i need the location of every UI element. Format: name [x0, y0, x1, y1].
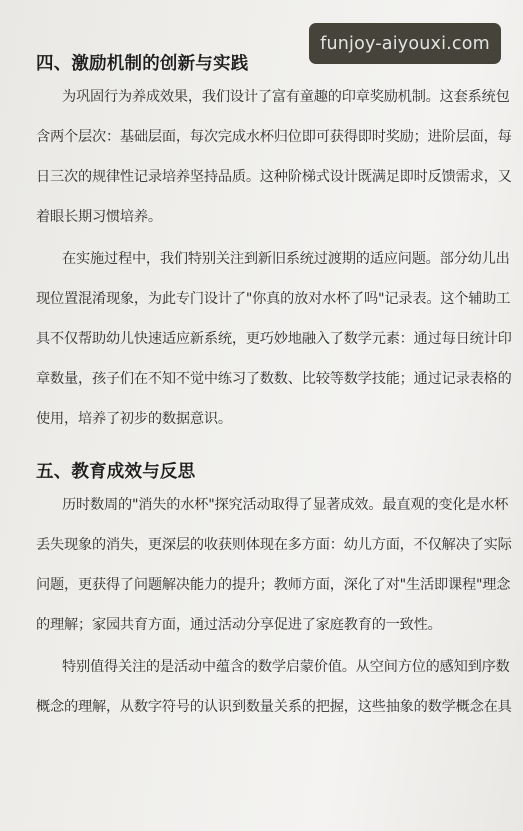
text-line: 具不仅帮助幼儿快速适应新系统，更巧妙地融入了数学元素：通过每日统计印 — [36, 330, 512, 348]
text-line: 日三次的规律性记录培养坚持品质。这种阶梯式设计既满足即时反馈需求，又 — [36, 168, 512, 186]
text-line: 现位置混淆现象，为此专门设计了"你真的放对水杯了吗"记录表。这个辅助工 — [36, 290, 510, 308]
text-line: 丢失现象的消失，更深层的收获则体现在多方面：幼儿方面，不仅解决了实际 — [36, 536, 512, 554]
text-line: 问题，更获得了问题解决能力的提升；教师方面，深化了对"生活即课程"理念 — [36, 576, 510, 594]
text-line: 着眼长期习惯培养。 — [36, 208, 162, 226]
text-line: 为巩固行为养成效果，我们设计了富有童趣的印章奖励机制。这套系统包 — [62, 88, 510, 106]
section-5-heading: 五、教育成效与反思 — [36, 458, 195, 483]
text-line: 章数量，孩子们在不知不觉中练习了数数、比较等数学技能；通过记录表格的 — [36, 370, 512, 388]
text-line: 在实施过程中，我们特别关注到新旧系统过渡期的适应问题。部分幼儿出 — [62, 250, 510, 268]
text-line: 含两个层次：基础层面，每次完成水杯归位即可获得即时奖励；进阶层面，每 — [36, 128, 512, 146]
text-line: 使用，培养了初步的数据意识。 — [36, 410, 232, 428]
text-line: 特别值得关注的是活动中蕴含的数学启蒙价值。从空间方位的感知到序数 — [62, 658, 510, 676]
watermark-badge: funjoy-aiyouxi.com — [309, 23, 501, 64]
text-line: 历时数周的"消失的水杯"探究活动取得了显著成效。最直观的变化是水杯 — [62, 496, 508, 514]
text-line: 的理解；家园共育方面，通过活动分享促进了家庭教育的一致性。 — [36, 616, 442, 634]
section-4-heading: 四、激励机制的创新与实践 — [36, 50, 248, 75]
text-line: 概念的理解，从数字符号的认识到数量关系的把握，这些抽象的数学概念在具 — [36, 698, 512, 716]
